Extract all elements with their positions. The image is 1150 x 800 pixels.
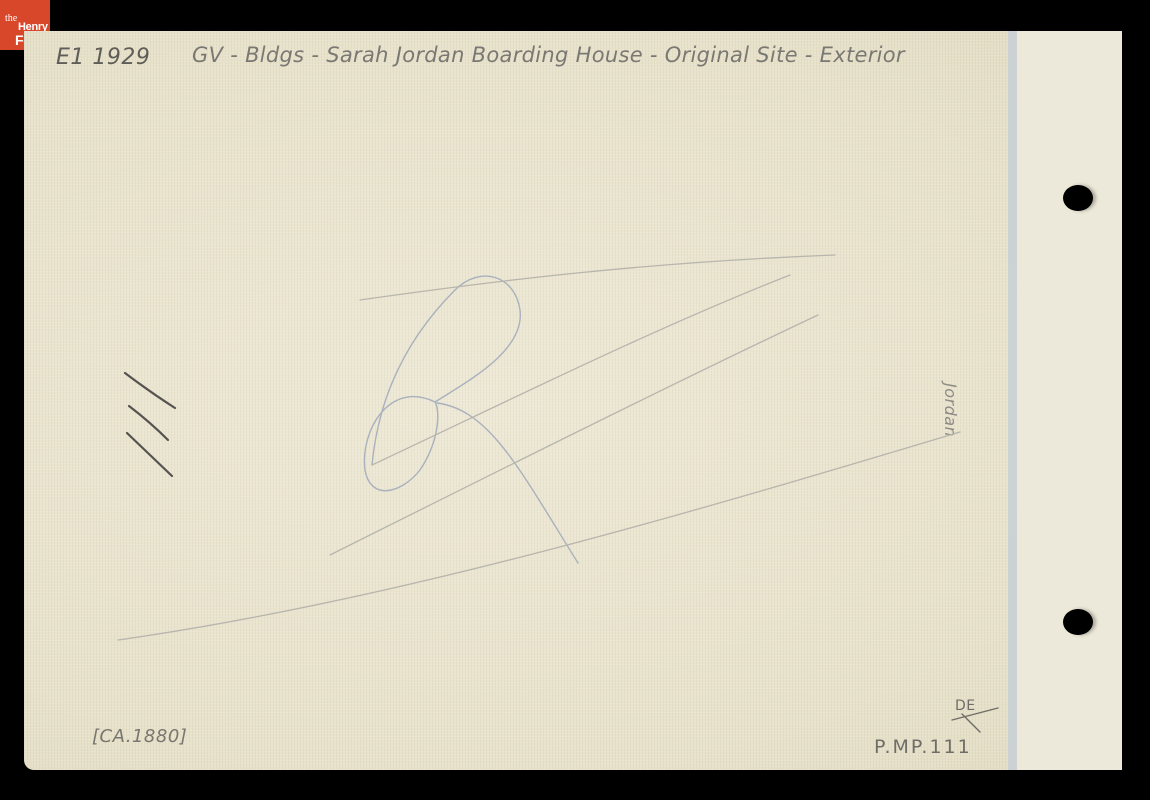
- crossing-lines: [118, 255, 960, 640]
- pencil-markings: [0, 0, 1150, 800]
- initials-strike: [952, 708, 998, 732]
- scribble-r: [364, 276, 578, 563]
- tally-marks: [125, 373, 175, 476]
